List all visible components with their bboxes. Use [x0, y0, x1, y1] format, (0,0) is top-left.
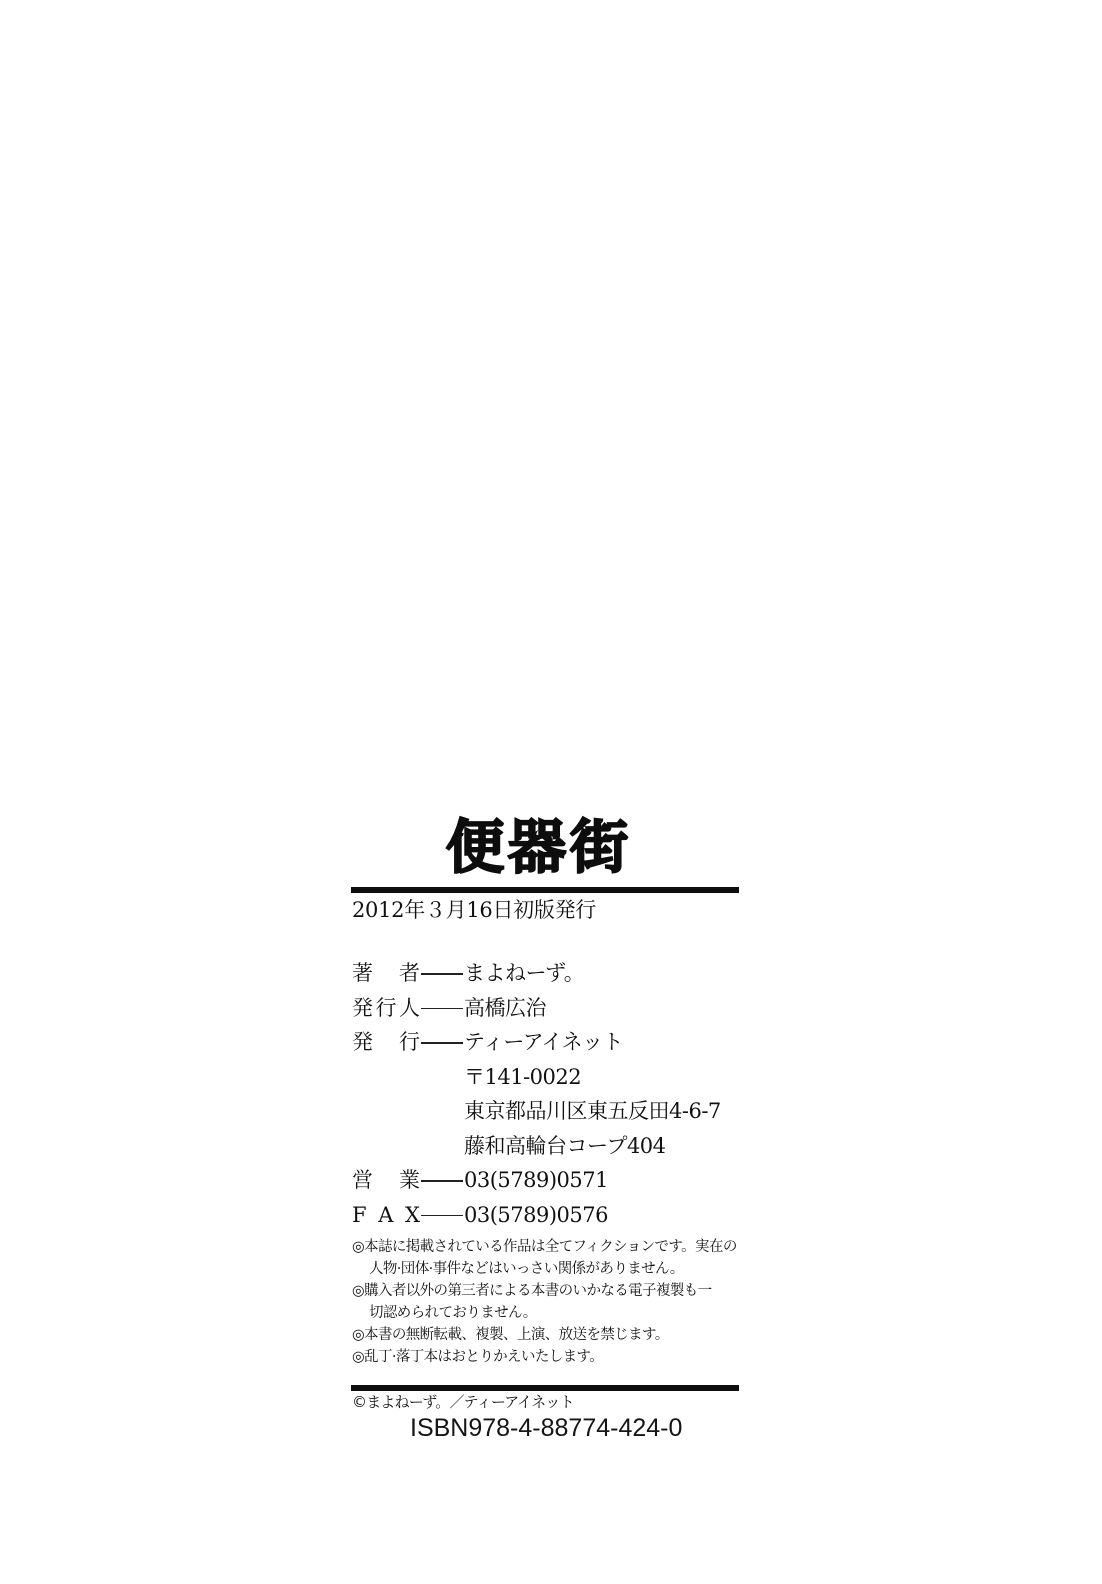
- credit-row-publisher-person: 発 行 人 高橋広治: [352, 993, 752, 1028]
- credit-label-char: 業: [399, 1165, 420, 1195]
- isbn: ISBN978-4-88774-424-0: [410, 1413, 682, 1443]
- address-line-2: 藤和高輪台コープ404: [464, 1131, 666, 1161]
- credit-label-char: 行: [376, 993, 397, 1023]
- copyright-line: ©まよねーず。／ティーアイネット: [352, 1391, 574, 1413]
- fax-number: 03(5789)0576: [464, 1200, 608, 1230]
- top-divider-rule: [351, 887, 739, 893]
- leader-dash: [421, 973, 463, 975]
- credit-value-author: まよねーず。: [464, 958, 584, 988]
- notice-misprint-exchange: ◎乱丁·落丁本はおとりかえいたします。: [352, 1346, 742, 1368]
- credit-label-publisher: 発 行: [352, 1027, 420, 1057]
- colophon-page: 便器街 2012年３月16日初版発行 著 者 まよねーず。 発 行 人 高橋広治…: [0, 0, 1102, 1584]
- credit-label-fax: F A X: [352, 1200, 420, 1230]
- notice-fiction: ◎本誌に掲載されている作品は全てフィクションです。実在の 人物·団体·事件などは…: [352, 1236, 742, 1280]
- postal-code: 〒141-0022: [464, 1062, 581, 1092]
- credit-label-publisher-person: 発 行 人: [352, 993, 420, 1023]
- notice-line: ◎本誌に掲載されている作品は全てフィクションです。実在の: [352, 1239, 737, 1255]
- credit-label-char: F: [352, 1200, 367, 1230]
- address-line-1: 東京都品川区東五反田4-6-7: [464, 1096, 721, 1126]
- credit-label-char: 行: [399, 1027, 420, 1057]
- leader-dash: [421, 1180, 463, 1182]
- credit-value-publisher-person: 高橋広治: [464, 993, 546, 1023]
- credit-label-char: X: [405, 1200, 420, 1230]
- address-line2-row: 藤和高輪台コープ404: [352, 1131, 752, 1166]
- credit-label-char: 発: [352, 993, 373, 1023]
- sales-phone-number: 03(5789)0571: [464, 1165, 608, 1195]
- leader-dash: [421, 1008, 463, 1010]
- credit-label-char: 著: [352, 958, 373, 988]
- credit-row-author: 著 者 まよねーず。: [352, 958, 752, 993]
- notice-line-continued: 切認められておりません。: [352, 1302, 742, 1324]
- credit-label-char: A: [378, 1200, 393, 1230]
- credit-label-char: 営: [352, 1165, 373, 1195]
- legal-notices: ◎本誌に掲載されている作品は全てフィクションです。実在の 人物·団体·事件などは…: [352, 1236, 742, 1368]
- credit-label-author: 著 者: [352, 958, 420, 988]
- address-line1-row: 東京都品川区東五反田4-6-7: [352, 1096, 752, 1131]
- credit-label-char: 人: [399, 993, 420, 1023]
- notice-digital-copy: ◎購入者以外の第三者による本書のいかなる電子複製も一 切認められておりません。: [352, 1280, 742, 1324]
- credit-label-sales: 営 業: [352, 1165, 420, 1195]
- leader-dash: [421, 1215, 463, 1217]
- notice-line: ◎本書の無断転載、複製、上演、放送を禁じます。: [352, 1327, 669, 1343]
- credits-block: 著 者 まよねーず。 発 行 人 高橋広治 発 行 ティーアイネット 〒141: [352, 958, 752, 1234]
- credit-row-publisher: 発 行 ティーアイネット: [352, 1027, 752, 1062]
- credit-row-sales: 営 業 03(5789)0571: [352, 1165, 752, 1200]
- credit-label-char: 者: [399, 958, 420, 988]
- notice-line-continued: 人物·団体·事件などはいっさい関係がありません。: [352, 1258, 742, 1280]
- credit-label-char: 発: [352, 1027, 373, 1057]
- notice-reproduction: ◎本書の無断転載、複製、上演、放送を禁じます。: [352, 1324, 742, 1346]
- notice-line: ◎購入者以外の第三者による本書のいかなる電子複製も一: [352, 1283, 712, 1299]
- address-postal-row: 〒141-0022: [352, 1062, 752, 1097]
- credit-value-publisher: ティーアイネット: [464, 1027, 623, 1057]
- book-title: 便器街: [446, 814, 636, 880]
- leader-dash: [421, 1042, 463, 1044]
- notice-line: ◎乱丁·落丁本はおとりかえいたします。: [352, 1349, 603, 1365]
- publication-date: 2012年３月16日初版発行: [352, 896, 596, 924]
- credit-row-fax: F A X 03(5789)0576: [352, 1200, 752, 1235]
